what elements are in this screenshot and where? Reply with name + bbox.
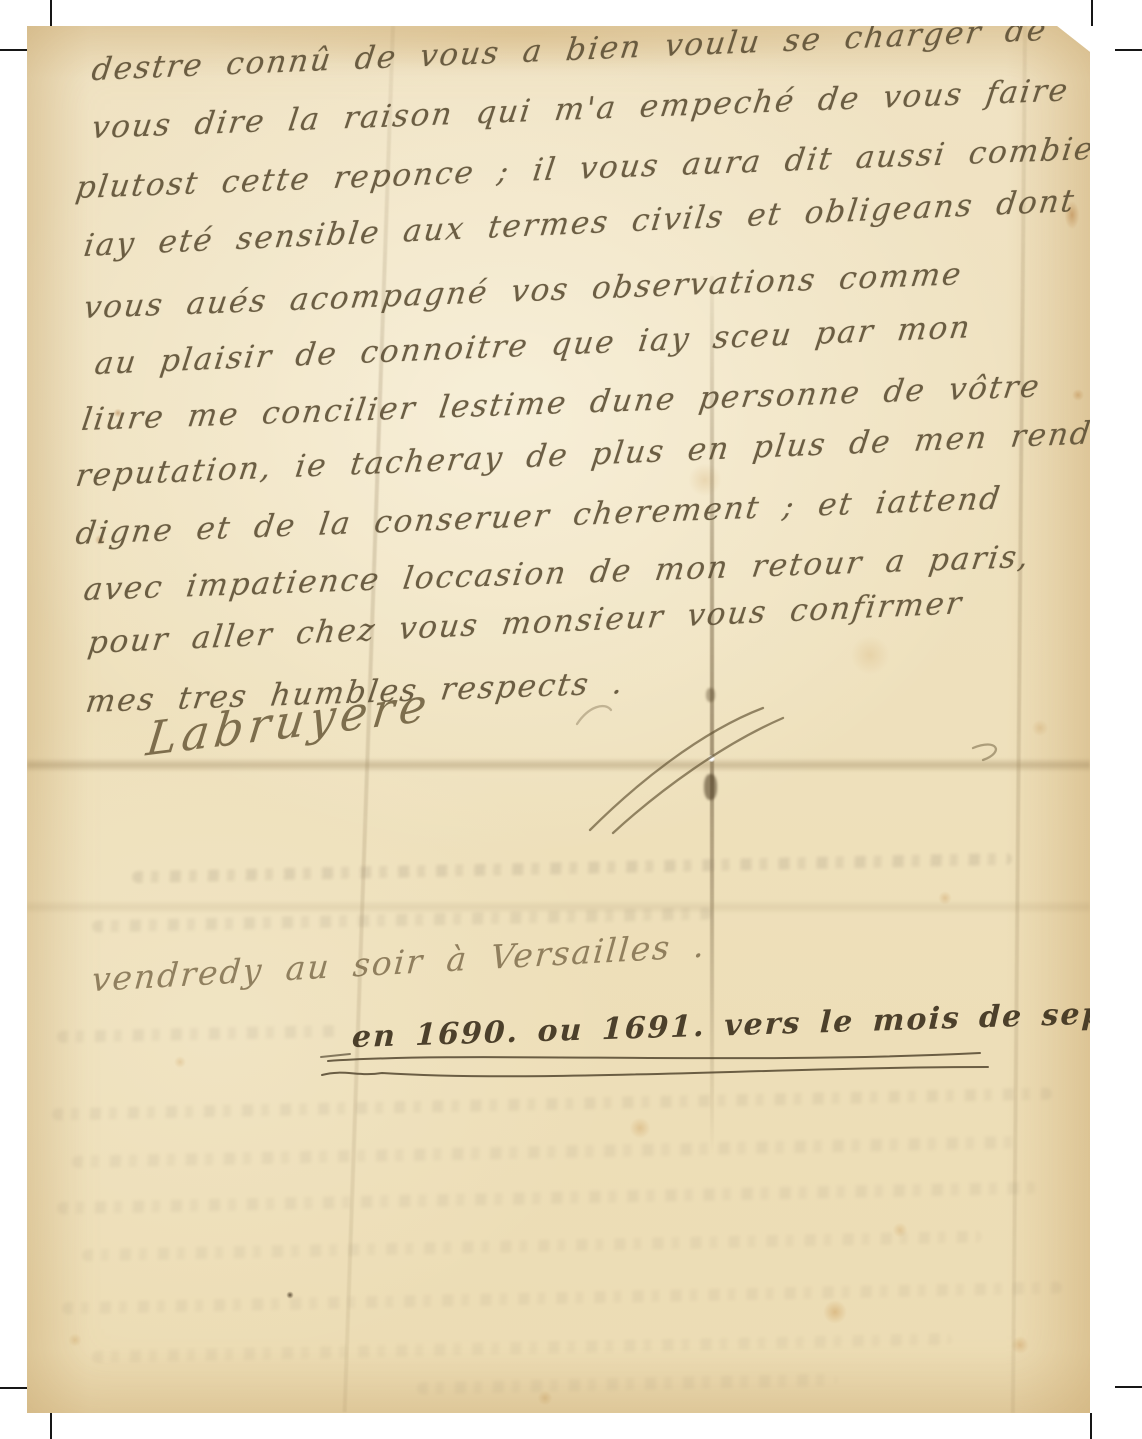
dateline-place: vendredy au soir à Versailles .: [90, 926, 707, 1000]
manuscript-line: vous dire la raison qui m'a empeché de v…: [90, 72, 1072, 146]
crop-mark-top-left-vertical: [50, 0, 52, 26]
signature-flourish: [575, 690, 1015, 840]
show-through-band: [82, 1231, 982, 1262]
show-through-band: [52, 1088, 1052, 1121]
crop-mark-top-right-vertical: [1091, 0, 1093, 26]
crop-mark-bottom-left-vertical: [50, 1413, 52, 1439]
manuscript-line: destre connû de vous a bien voulu se cha…: [90, 12, 1050, 88]
crop-mark-top-left-horizontal: [0, 49, 27, 51]
crop-mark-top-right-horizontal: [1115, 49, 1142, 51]
scanned-letter-canvas: destre connû de vous a bien voulu se cha…: [0, 0, 1142, 1439]
show-through-band: [57, 1182, 1037, 1215]
show-through-band: [72, 1136, 1022, 1168]
show-through-band: [417, 1374, 837, 1395]
show-through-band: [62, 1282, 1062, 1315]
manuscript-line: digne et de la conseruer cherement ; et …: [74, 480, 1004, 552]
show-through-band: [132, 853, 1012, 883]
crop-mark-bottom-left-horizontal: [0, 1387, 27, 1389]
crop-mark-bottom-right-horizontal: [1115, 1386, 1142, 1388]
dateline-underline: [318, 1048, 998, 1092]
crop-mark-bottom-right-vertical: [1090, 1413, 1092, 1439]
letter-page: destre connû de vous a bien voulu se cha…: [27, 26, 1090, 1413]
show-through-band: [57, 1025, 337, 1043]
show-through-band: [92, 1333, 952, 1363]
